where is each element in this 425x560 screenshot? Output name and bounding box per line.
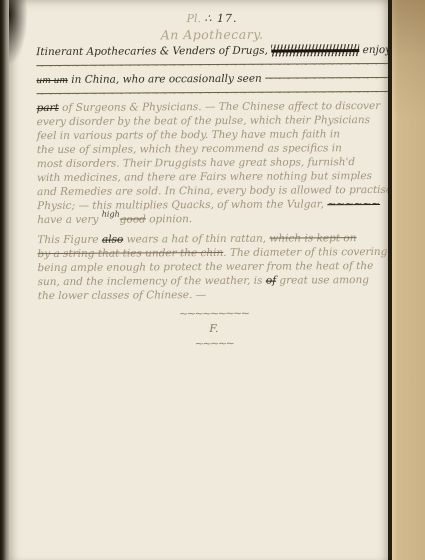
text-segment-faint: great use among [276, 274, 369, 287]
text-segment-faint: opinion. [146, 213, 192, 225]
manuscript-text: Pl. ∴ 17. An Apothecary. Itinerant Apoth… [36, 9, 390, 350]
text-segment-dark-struck: ~~~~~~ [327, 198, 380, 210]
signature-initial: F. [209, 323, 218, 335]
page-title: An Apothecary. [161, 27, 264, 43]
page-number: ∴ 17. [204, 12, 237, 25]
text-segment-dark-struck: of [266, 275, 276, 287]
text-segment-faint: have a very [37, 214, 102, 226]
title-line: An Apothecary. [36, 24, 388, 43]
plate-label: Pl. [187, 12, 205, 25]
line-body: Physic; — this multiplies Quacks, of who… [37, 195, 389, 211]
underline-squiggle: ~~~~~ [195, 337, 234, 350]
adjacent-page-edge [392, 0, 425, 560]
text-segment-insert: high [102, 210, 120, 219]
manuscript-page: Pl. ∴ 17. An Apothecary. Itinerant Apoth… [9, 0, 388, 560]
page-number-line: Pl. ∴ 17. [36, 9, 388, 25]
line-body: the lower classes of Chinese. — [38, 285, 390, 301]
scanned-manuscript-view: Pl. ∴ 17. An Apothecary. Itinerant Apoth… [0, 0, 425, 560]
binding-gutter [0, 0, 9, 560]
line-body: have a very highgood opinion. [37, 209, 389, 225]
signature-underline: ~~~~~ [38, 334, 390, 350]
text-segment-struck: good [120, 213, 146, 225]
binding-shadow [9, 0, 39, 95]
manuscript-body: Itinerant Apothecaries & Venders of Drug… [36, 41, 390, 301]
line-body: sun, and the inclemency of the weather, … [38, 271, 390, 287]
text-segment-faint: the lower classes of Chinese. — [38, 289, 207, 302]
